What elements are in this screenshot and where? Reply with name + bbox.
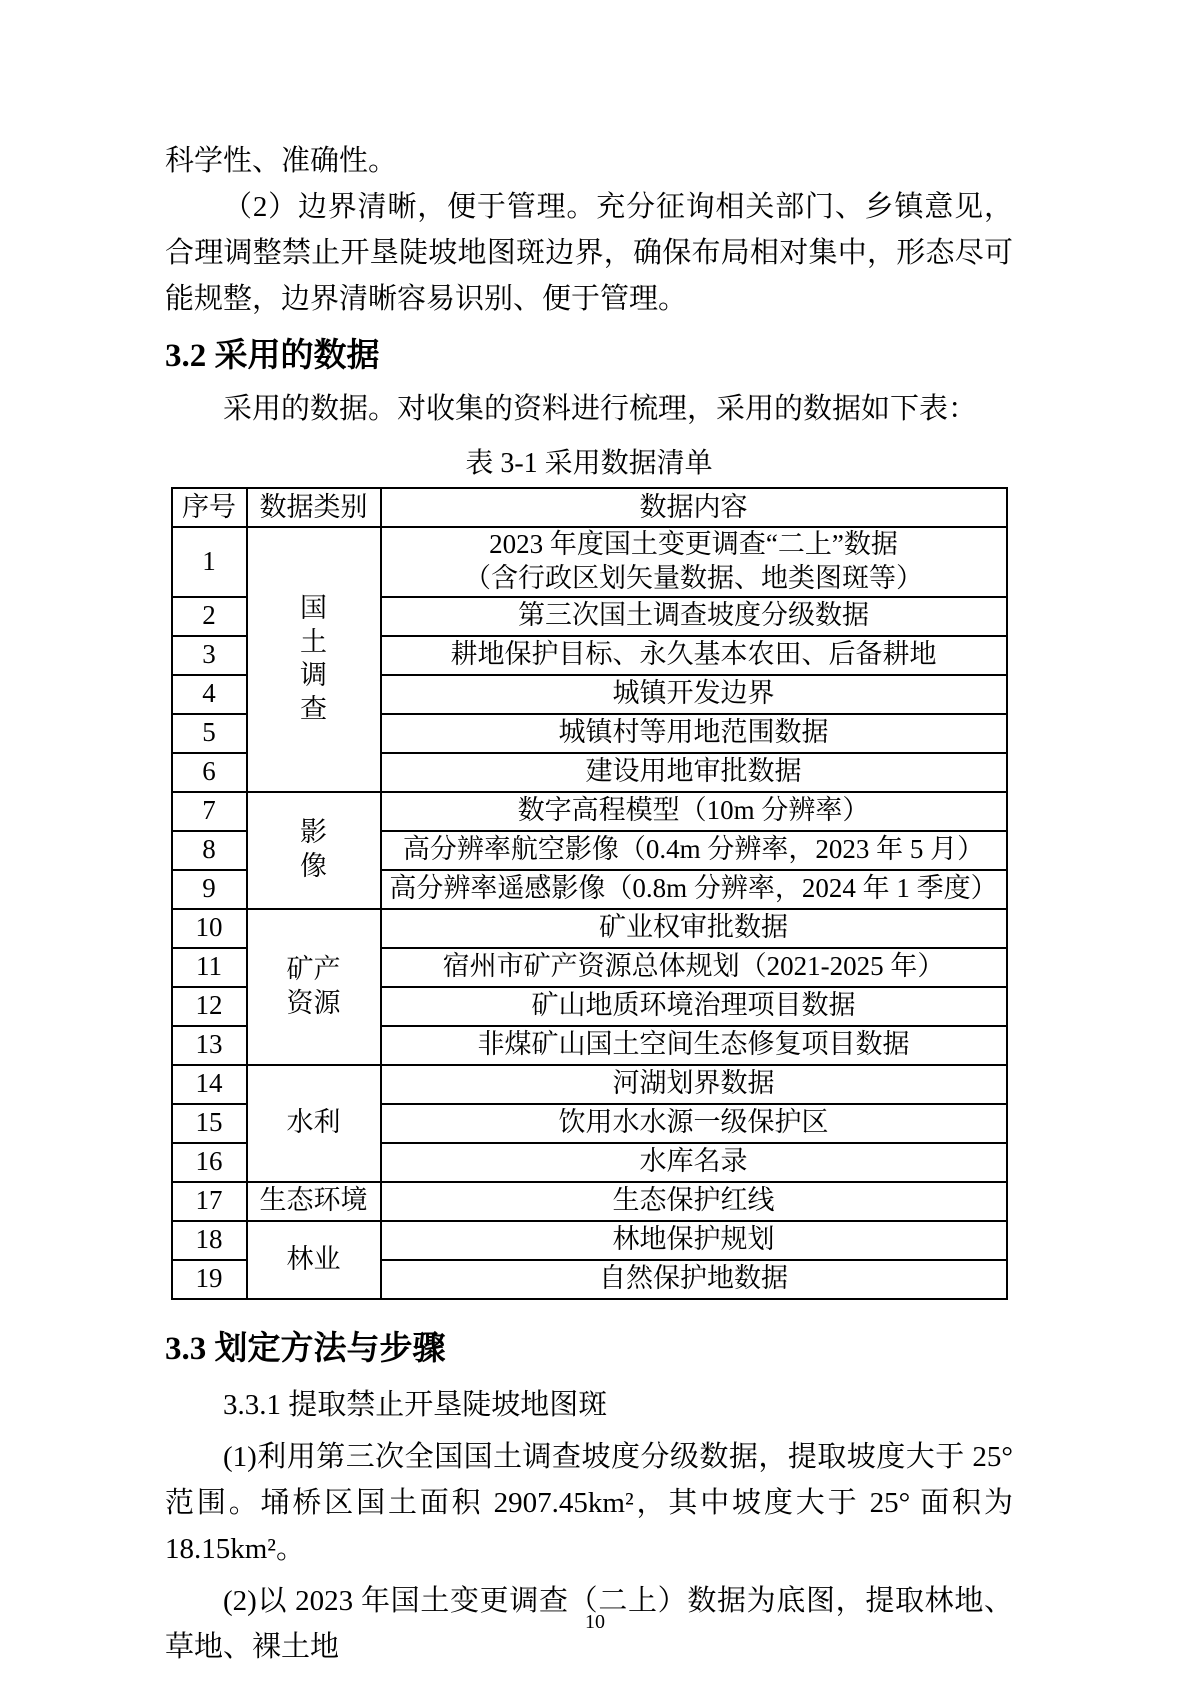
row-no-cell: 9 [172,870,247,909]
page-number: 10 [0,1608,1190,1636]
row-no-cell: 16 [172,1143,247,1182]
row-no-cell: 14 [172,1065,247,1104]
content-cell: 非煤矿山国土空间生态修复项目数据 [381,1026,1007,1065]
table-header-row: 序号 数据类别 数据内容 [172,488,1007,527]
row-no-cell: 13 [172,1026,247,1065]
row-no-cell: 17 [172,1182,247,1221]
content-cell: 城镇村等用地范围数据 [381,714,1007,753]
data-inventory-table: 序号 数据类别 数据内容 1 国 土 调 查 2023 年度国土变更调查“二上”… [171,487,1008,1300]
row-no-cell: 18 [172,1221,247,1260]
content-cell: 数字高程模型（10m 分辨率） [381,792,1007,831]
document-page: 科学性、准确性。 （2）边界清晰，便于管理。充分征询相关部门、乡镇意见，合理调整… [0,0,1190,1683]
page-content: 科学性、准确性。 （2）边界清晰，便于管理。充分征询相关部门、乡镇意见，合理调整… [165,0,1013,1670]
row-no-cell: 19 [172,1260,247,1299]
row-no-cell: 8 [172,831,247,870]
row-no-cell: 12 [172,987,247,1026]
content-cell: 高分辨率航空影像（0.4m 分辨率，2023 年 5 月） [381,831,1007,870]
row-no-cell: 2 [172,597,247,636]
table-row: 17 生态环境 生态保护红线 [172,1182,1007,1221]
paragraph-step-1: (1)利用第三次全国国土调查坡度分级数据，提取坡度大于 25° 范围。埇桥区国土… [165,1434,1013,1572]
row-no-cell: 7 [172,792,247,831]
content-cell: 宿州市矿产资源总体规划（2021-2025 年） [381,948,1007,987]
content-cell: 耕地保护目标、永久基本农田、后备耕地 [381,636,1007,675]
table-row: 18 林业 林地保护规划 [172,1221,1007,1260]
content-cell: 河湖划界数据 [381,1065,1007,1104]
content-cell: 矿业权审批数据 [381,909,1007,948]
row-no-cell: 5 [172,714,247,753]
paragraph-continuation: 科学性、准确性。 [165,138,1013,184]
category-cell-water: 水利 [247,1065,381,1182]
category-cell-mineral-resources: 矿产 资源 [247,909,381,1065]
paragraph-data-intro: 采用的数据。对收集的资料进行梳理，采用的数据如下表： [165,386,1013,432]
table-row: 1 国 土 调 查 2023 年度国土变更调查“二上”数据 （含行政区划矢量数据… [172,527,1007,597]
heading-3-2: 3.2 采用的数据 [165,332,1013,380]
col-header-category: 数据类别 [247,488,381,527]
row-no-cell: 10 [172,909,247,948]
row-no-cell: 1 [172,527,247,597]
content-cell: 水库名录 [381,1143,1007,1182]
row-no-cell: 6 [172,753,247,792]
row-no-cell: 11 [172,948,247,987]
heading-3-3: 3.3 划定方法与步骤 [165,1324,1013,1374]
row-no-cell: 3 [172,636,247,675]
category-cell-ecology: 生态环境 [247,1182,381,1221]
category-cell-forestry: 林业 [247,1221,381,1299]
row-no-cell: 15 [172,1104,247,1143]
content-cell: 饮用水水源一级保护区 [381,1104,1007,1143]
category-cell-imagery: 影 像 [247,792,381,909]
heading-3-3-1: 3.3.1 提取禁止开垦陡坡地图斑 [165,1382,1013,1428]
content-cell: 林地保护规划 [381,1221,1007,1260]
content-cell: 第三次国土调查坡度分级数据 [381,597,1007,636]
content-cell: 建设用地审批数据 [381,753,1007,792]
table-row: 14 水利 河湖划界数据 [172,1065,1007,1104]
content-cell: 城镇开发边界 [381,675,1007,714]
content-cell: 自然保护地数据 [381,1260,1007,1299]
paragraph-boundary-principle: （2）边界清晰，便于管理。充分征询相关部门、乡镇意见，合理调整禁止开垦陡坡地图斑… [165,184,1013,322]
col-header-no: 序号 [172,488,247,527]
col-header-content: 数据内容 [381,488,1007,527]
content-cell: 矿山地质环境治理项目数据 [381,987,1007,1026]
table-caption: 表 3-1 采用数据清单 [165,444,1013,484]
content-cell: 2023 年度国土变更调查“二上”数据 （含行政区划矢量数据、地类图斑等） [381,527,1007,597]
table-row: 7 影 像 数字高程模型（10m 分辨率） [172,792,1007,831]
content-cell: 高分辨率遥感影像（0.8m 分辨率，2024 年 1 季度） [381,870,1007,909]
category-cell-land-survey: 国 土 调 查 [247,527,381,792]
row-no-cell: 4 [172,675,247,714]
table-row: 10 矿产 资源 矿业权审批数据 [172,909,1007,948]
content-cell: 生态保护红线 [381,1182,1007,1221]
